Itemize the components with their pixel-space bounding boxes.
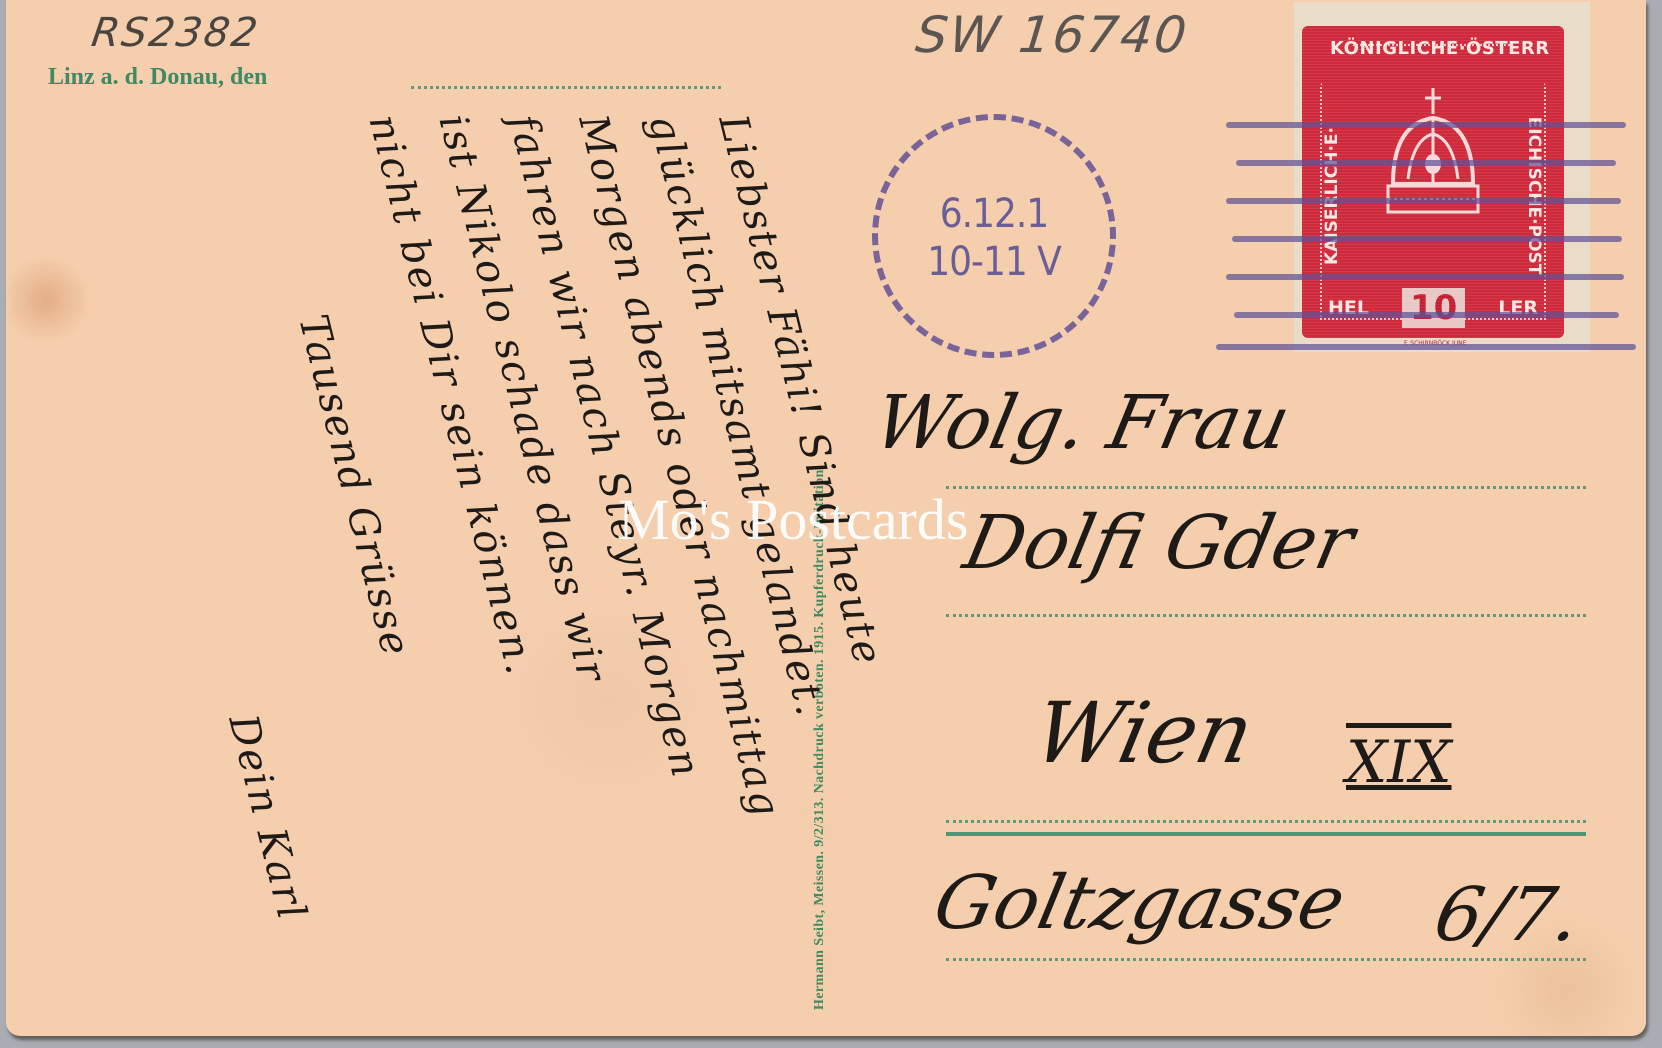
message-line: Tausend Grüsse: [289, 310, 419, 662]
address-solid-line: [946, 832, 1586, 836]
address-dotted-line: [946, 486, 1586, 489]
printed-header: Linz a. d. Donau, den: [48, 64, 267, 91]
postmark-date-block: 6.12.1 10-11 V: [878, 190, 1110, 286]
address-dotted-line: [946, 958, 1586, 961]
stamp-value: 10: [1402, 288, 1465, 328]
postage-stamp: KÖNIGLICHE·ÖSTERR KAISERLICH·E· EICHISCH…: [1294, 2, 1590, 352]
address-recipient-title: Wolg. Frau: [867, 380, 1297, 466]
message-line: Dein Karl: [219, 710, 315, 926]
stamp-frame: [1320, 44, 1546, 320]
address-city: Wien: [1026, 684, 1262, 782]
watermark: Mo's Postcards: [618, 486, 968, 553]
stamp-printer-imprint: F. SCHIRNBÖCK JUNE: [1404, 340, 1466, 347]
address-recipient-name: Dolfi Gder: [957, 500, 1361, 586]
stamp-right-text: EICHISCHE·POST: [1524, 86, 1544, 306]
postmark: 6.12.1 10-11 V: [872, 114, 1116, 358]
address-district: XIX: [1346, 728, 1452, 796]
postmark-time: 10-11 V: [878, 238, 1110, 286]
reference-number-top: SW 16740: [913, 6, 1191, 64]
address-street: Goltzgasse: [927, 860, 1353, 946]
address-dotted-line: [946, 820, 1586, 823]
address-house-number: 6/7.: [1428, 872, 1586, 958]
stamp-design: KÖNIGLICHE·ÖSTERR KAISERLICH·E· EICHISCH…: [1302, 26, 1564, 338]
date-dotted-line: [411, 86, 721, 89]
reference-number-left: RS2382: [89, 10, 262, 56]
stamp-denomination-right: LER: [1498, 297, 1538, 319]
stamp-denomination-left: HEL: [1328, 297, 1369, 319]
stamp-left-text: KAISERLICH·E·: [1322, 86, 1342, 306]
postmark-date: 6.12.1: [878, 190, 1110, 238]
stamp-top-text: KÖNIGLICHE·ÖSTERR: [1330, 38, 1536, 59]
postcard: RS2382 SW 16740 Linz a. d. Donau, den He…: [6, 0, 1646, 1036]
address-dotted-line: [946, 614, 1586, 617]
stamp-denomination: HEL 10 LER: [1328, 288, 1538, 328]
crown-icon: [1378, 84, 1488, 234]
